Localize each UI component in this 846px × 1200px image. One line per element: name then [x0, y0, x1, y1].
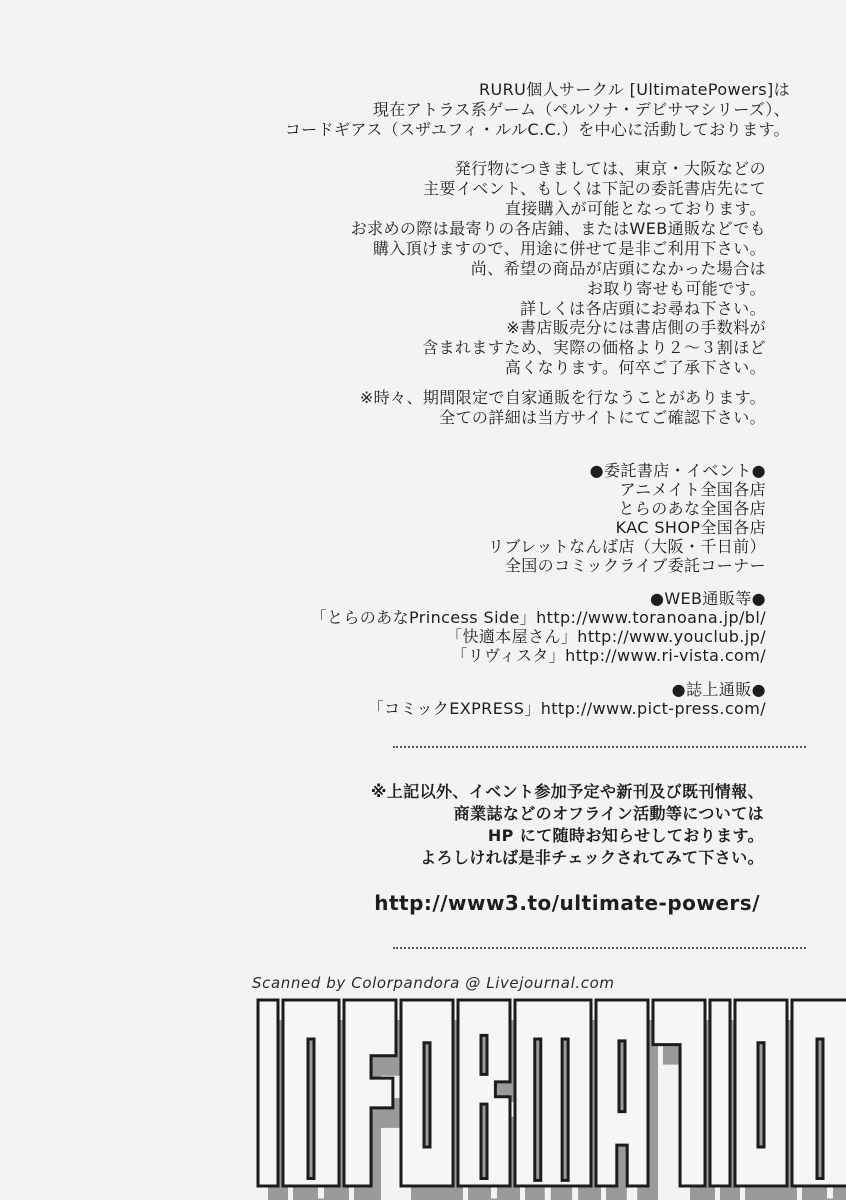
text-line: ※時々、期間限定で自家通販を行なうことがあります。	[360, 388, 766, 408]
text-line: RURU個人サークル [UltimatePowers]は	[285, 80, 790, 100]
section-title: ●WEB通販等●	[311, 589, 766, 608]
dotted-divider	[393, 746, 806, 748]
information-letter	[515, 1000, 591, 1186]
text-line: 直接購入が可能となっております。	[351, 199, 766, 219]
text-line: ※上記以外、イベント参加予定や新刊及び既刊情報、	[371, 781, 764, 803]
text-line: ※書店販売分には書店側の手数料が	[422, 318, 766, 338]
circle-intro: RURU個人サークル [UltimatePowers]は 現在アトラス系ゲーム（…	[285, 80, 790, 140]
text-line: お取り寄せも可能です。	[351, 279, 766, 299]
self-mail-order-note: ※時々、期間限定で自家通販を行なうことがあります。 全ての詳細は当方サイトにてご…	[360, 388, 766, 428]
web-shop-item: 「快適本屋さん」http://www.youclub.jp/	[311, 627, 766, 646]
text-line: 含まれますため、実際の価格より２～３割ほど	[422, 338, 766, 358]
consignment-stores-section: ●委託書店・イベント● アニメイト全国各店 とらのあな全国各店 KAC SHOP…	[488, 461, 766, 575]
store-list-item: KAC SHOP全国各店	[488, 518, 766, 537]
text-line: 高くなります。何卒ご了承下さい。	[422, 358, 766, 378]
magazine-order-section: ●誌上通販● 「コミックEXPRESS」http://www.pict-pres…	[368, 680, 766, 718]
information-letter	[653, 1000, 705, 1186]
scan-credit: Scanned by Colorpandora @ Livejournal.co…	[252, 974, 615, 992]
text-line: 全ての詳細は当方サイトにてご確認下さい。	[360, 408, 766, 428]
text-line: 発行物につきましては、東京・大阪などの	[351, 159, 766, 179]
text-line: コードギアス（スザユフィ・ルルC.C.）を中心に活動しております。	[285, 120, 790, 140]
magazine-order-item: 「コミックEXPRESS」http://www.pict-press.com/	[368, 699, 766, 718]
section-title: ●委託書店・イベント●	[488, 461, 766, 480]
web-shop-item: 「リヴィスタ」http://www.ri-vista.com/	[311, 646, 766, 665]
text-line: 現在アトラス系ゲーム（ペルソナ・デビサマシリーズ）、	[285, 100, 790, 120]
dotted-divider	[393, 947, 806, 949]
text-line: お求めの際は最寄りの各店鋪、またはWEB通販などでも	[351, 219, 766, 239]
text-line: 商業誌などのオフライン活動等については	[371, 803, 764, 825]
store-list-item: とらのあな全国各店	[488, 499, 766, 518]
information-letter	[344, 1000, 396, 1186]
text-line: 主要イベント、もしくは下記の委託書店先にて	[351, 179, 766, 199]
text-line: 尚、希望の商品が店頭になかった場合は	[351, 259, 766, 279]
site-update-note: ※上記以外、イベント参加予定や新刊及び既刊情報、 商業誌などのオフライン活動等に…	[371, 781, 764, 869]
section-title: ●誌上通販●	[368, 680, 766, 699]
store-list-item: リブレットなんば店（大阪・千日前）	[488, 537, 766, 556]
store-list-item: 全国のコミックライブ委託コーナー	[488, 556, 766, 575]
information-letter	[710, 1000, 730, 1186]
information-banner	[256, 998, 846, 1200]
web-shops-section: ●WEB通販等● 「とらのあなPrincess Side」http://www.…	[311, 589, 766, 665]
web-shop-item: 「とらのあなPrincess Side」http://www.toranoana…	[311, 608, 766, 627]
store-fee-note: ※書店販売分には書店側の手数料が 含まれますため、実際の価格より２～３割ほど 高…	[422, 318, 766, 378]
text-line: HP にて随時お知らせしております。	[371, 825, 764, 847]
information-letter	[258, 1000, 278, 1186]
text-line: 購入頂けますので、用途に併せて是非ご利用下さい。	[351, 239, 766, 259]
text-line: 詳しくは各店頭にお尋ね下さい。	[351, 299, 766, 319]
store-list-item: アニメイト全国各店	[488, 480, 766, 499]
website-url: http://www3.to/ultimate-powers/	[374, 891, 760, 915]
purchase-info: 発行物につきましては、東京・大阪などの 主要イベント、もしくは下記の委託書店先に…	[351, 159, 766, 319]
text-line: よろしければ是非チェックされてみて下さい。	[371, 847, 764, 869]
